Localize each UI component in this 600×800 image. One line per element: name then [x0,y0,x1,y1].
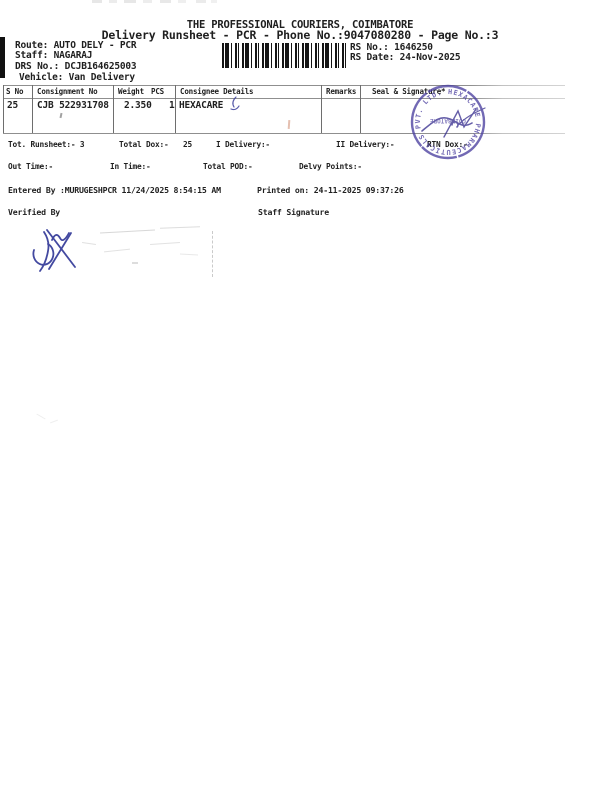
cell-consignment-no: CJB 522931708 [37,101,109,111]
cell-consignee: HEXACARE [179,101,223,111]
vehicle-field: Vehicle: Van Delivery [19,73,135,83]
cell-pcs: 1 [169,101,175,111]
in-time: In Time:- [110,163,150,171]
drs-no-field: DRS No.: DCJB164625003 [15,62,136,72]
staff-field: Staff: NAGARAJ [15,51,92,61]
col-header-s-no: S No [6,88,23,96]
rs-date-field: RS Date: 24-Nov-2025 [350,53,460,63]
entered-by: Entered By :MURUGESHPCR 11/24/2025 8:54:… [8,186,221,194]
verified-by-label: Verified By [8,208,60,216]
tot-runsheet: Tot. Runsheet:- 3 [8,141,84,149]
faint-red-mark [288,120,291,129]
barcode [222,43,346,68]
delvy-points: Delvy Points:- [299,163,362,171]
cell-s-no: 25 [7,101,18,111]
runsheet-document: THE PROFESSIONAL COURIERS, COIMBATORE De… [0,0,600,800]
total-dox-label: Total Dox:- [119,141,168,149]
cell-weight: 2.350 [124,101,152,111]
col-header-remarks: Remarks [326,88,356,96]
total-pod: Total POD:- [203,163,252,171]
total-dox-value: 25 [183,141,192,149]
pen-tick-mark [60,113,63,118]
i-delivery: I Delivery:- [216,141,270,149]
pen-check-mark [228,95,242,113]
col-header-consignment-no: Consignment No [37,88,97,96]
ii-delivery: II Delivery:- [336,141,394,149]
scan-black-bar [0,37,5,78]
printed-on: Printed on: 24-11-2025 09:37:26 [257,186,404,194]
signature-scribble [18,222,93,280]
company-stamp: HEXACARE PHARMACEUTICALS PVT. LTD. COIMB… [400,81,496,165]
staff-signature-label: Staff Signature [258,208,329,216]
out-time: Out Time:- [8,163,53,171]
col-header-weight: Weight [118,88,144,96]
faint-fold-line [212,231,213,277]
col-header-pcs: PCS [151,88,164,96]
col-header-consignee-details: Consignee Details [180,88,253,96]
